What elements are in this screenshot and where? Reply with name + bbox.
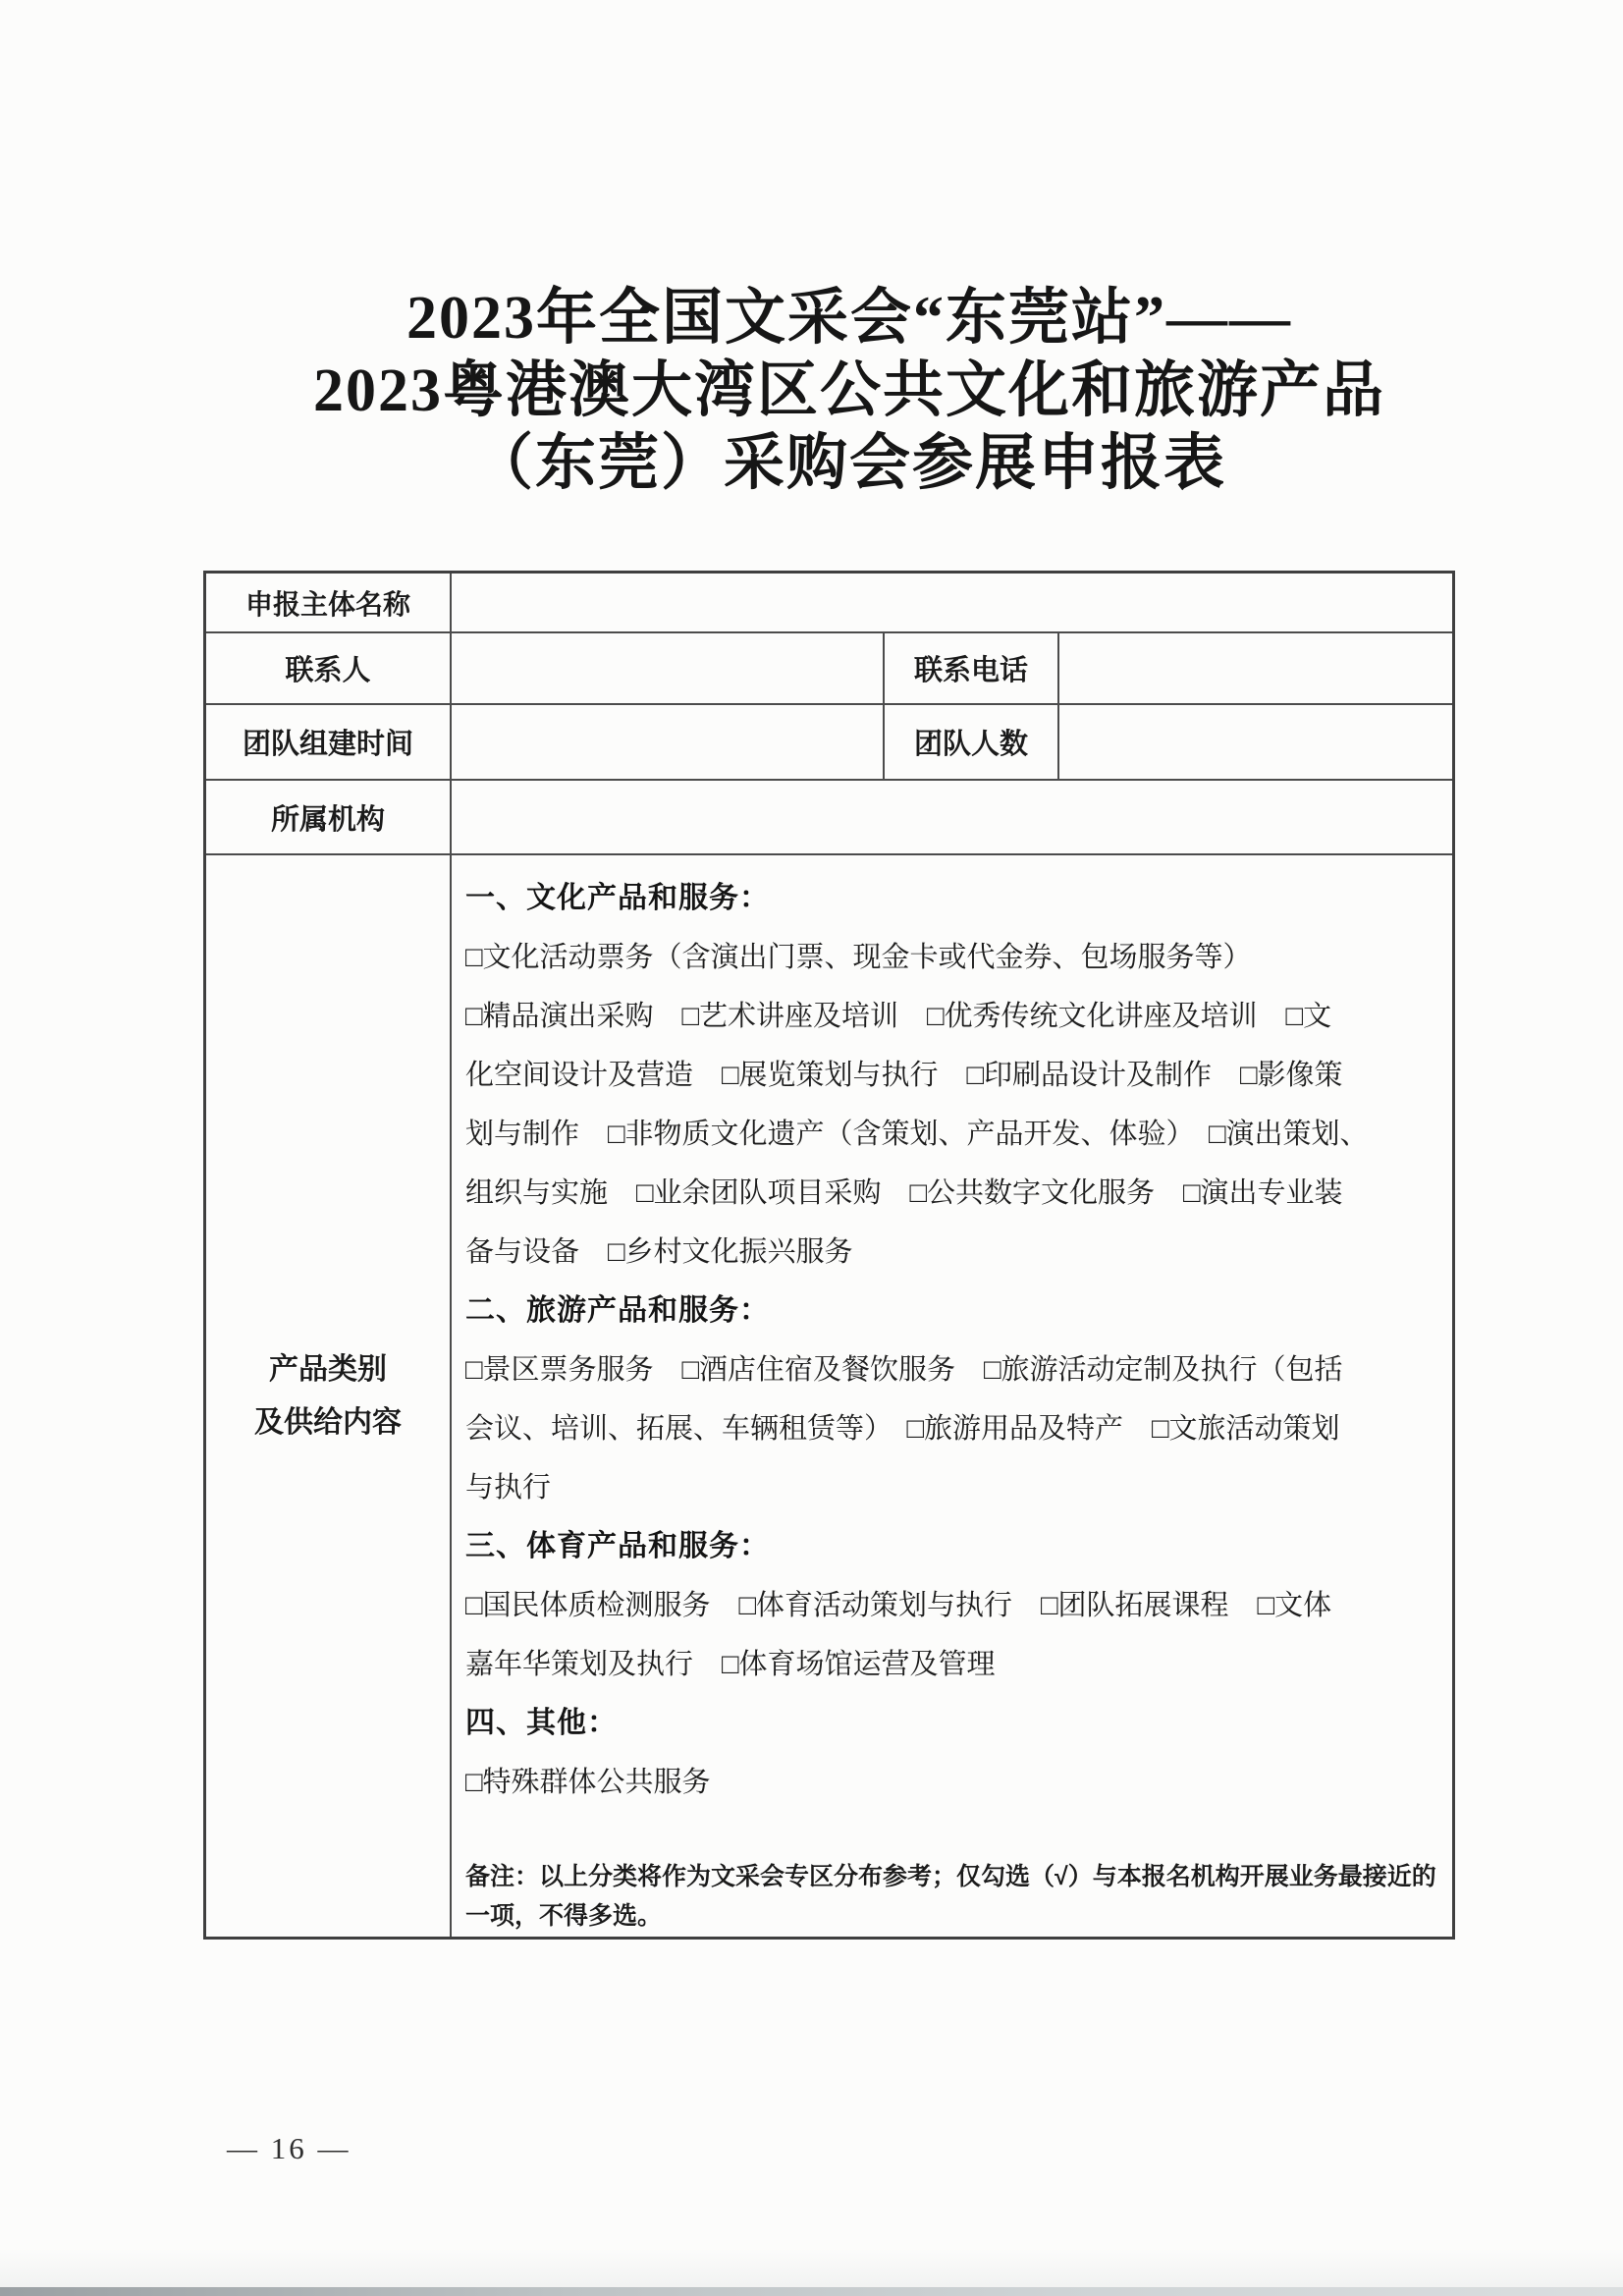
section2-heading: 二、旅游产品和服务：: [465, 1282, 1442, 1340]
note-line2: 一项，不得多选。: [465, 1896, 1442, 1936]
section1-line: 组织与实施 □业余团队项目采购 □公共数字文化服务 □演出专业装: [465, 1164, 1442, 1223]
field-category-label: 产品类别 及供给内容: [206, 855, 452, 1937]
section3-line: □国民体质检测服务 □体育活动策划与执行 □团队拓展课程 □文体: [465, 1576, 1442, 1635]
field-applicant-name-label: 申报主体名称: [206, 574, 452, 633]
section4-heading: 四、其他：: [465, 1694, 1442, 1753]
field-category-label-line2: 及供给内容: [254, 1396, 402, 1449]
note-text: 备注：以上分类将作为文采会专区分布参考；仅勾选（√）与本报名机构开展业务最接近的…: [465, 1857, 1442, 1936]
field-team-size-label: 团队人数: [885, 705, 1059, 781]
field-organization-label: 所属机构: [206, 781, 452, 855]
page-number: — 16 —: [227, 2131, 352, 2166]
section1-line: 划与制作 □非物质文化遗产（含策划、产品开发、体验） □演出策划、: [465, 1105, 1442, 1164]
field-phone-value: [1059, 633, 1452, 705]
section2-line: 会议、培训、拓展、车辆租赁等） □旅游用品及特产 □文旅活动策划: [465, 1399, 1442, 1458]
field-contact-value: [452, 633, 885, 705]
application-form-table: 申报主体名称 联系人 联系电话 团队组建时间 团队人数 所属机构 产品类别 及供…: [203, 571, 1455, 1940]
field-applicant-name-value: [452, 574, 1452, 633]
section1-line: □精品演出采购 □艺术讲座及培训 □优秀传统文化讲座及培训 □文: [465, 987, 1442, 1046]
section1-line: 化空间设计及营造 □展览策划与执行 □印刷品设计及制作 □影像策: [465, 1046, 1442, 1105]
section3-line: 嘉年华策划及执行 □体育场馆运营及管理: [465, 1635, 1442, 1694]
supply-content-cell: 一、文化产品和服务： □文化活动票务（含演出门票、现金卡或代金券、包场服务等） …: [452, 855, 1452, 1937]
section4-line: □特殊群体公共服务: [465, 1753, 1442, 1812]
field-organization-value: [452, 781, 1452, 855]
field-category-label-line1: 产品类别: [269, 1343, 387, 1396]
section1-line: □文化活动票务（含演出门票、现金卡或代金券、包场服务等）: [465, 928, 1442, 987]
field-team-date-label: 团队组建时间: [206, 705, 452, 781]
section2-line: 与执行: [465, 1458, 1442, 1517]
scan-artifact-haze: [0, 2248, 1623, 2287]
note-line1: 备注：以上分类将作为文采会专区分布参考；仅勾选（√）与本报名机构开展业务最接近的: [465, 1857, 1442, 1896]
scanned-document-page: 2023年全国文采会“东莞站”—— 2023粤港澳大湾区公共文化和旅游产品 （东…: [0, 0, 1623, 2296]
section2-line: □景区票务服务 □酒店住宿及餐饮服务 □旅游活动定制及执行（包括: [465, 1340, 1442, 1399]
field-team-size-value: [1059, 705, 1452, 781]
page-title-line1: 2023年全国文采会“东莞站”——: [221, 282, 1478, 355]
page-title: 2023年全国文采会“东莞站”—— 2023粤港澳大湾区公共文化和旅游产品 （东…: [221, 282, 1478, 500]
section1-line: 备与设备 □乡村文化振兴服务: [465, 1223, 1442, 1282]
field-phone-label: 联系电话: [885, 633, 1059, 705]
page-title-line3: （东莞）采购会参展申报表: [221, 427, 1478, 500]
field-contact-label: 联系人: [206, 633, 452, 705]
section3-heading: 三、体育产品和服务：: [465, 1517, 1442, 1576]
field-team-date-value: [452, 705, 885, 781]
page-title-line2: 2023粤港澳大湾区公共文化和旅游产品: [221, 355, 1478, 427]
scan-artifact-bar: [0, 2287, 1623, 2296]
section1-heading: 一、文化产品和服务：: [465, 869, 1442, 928]
